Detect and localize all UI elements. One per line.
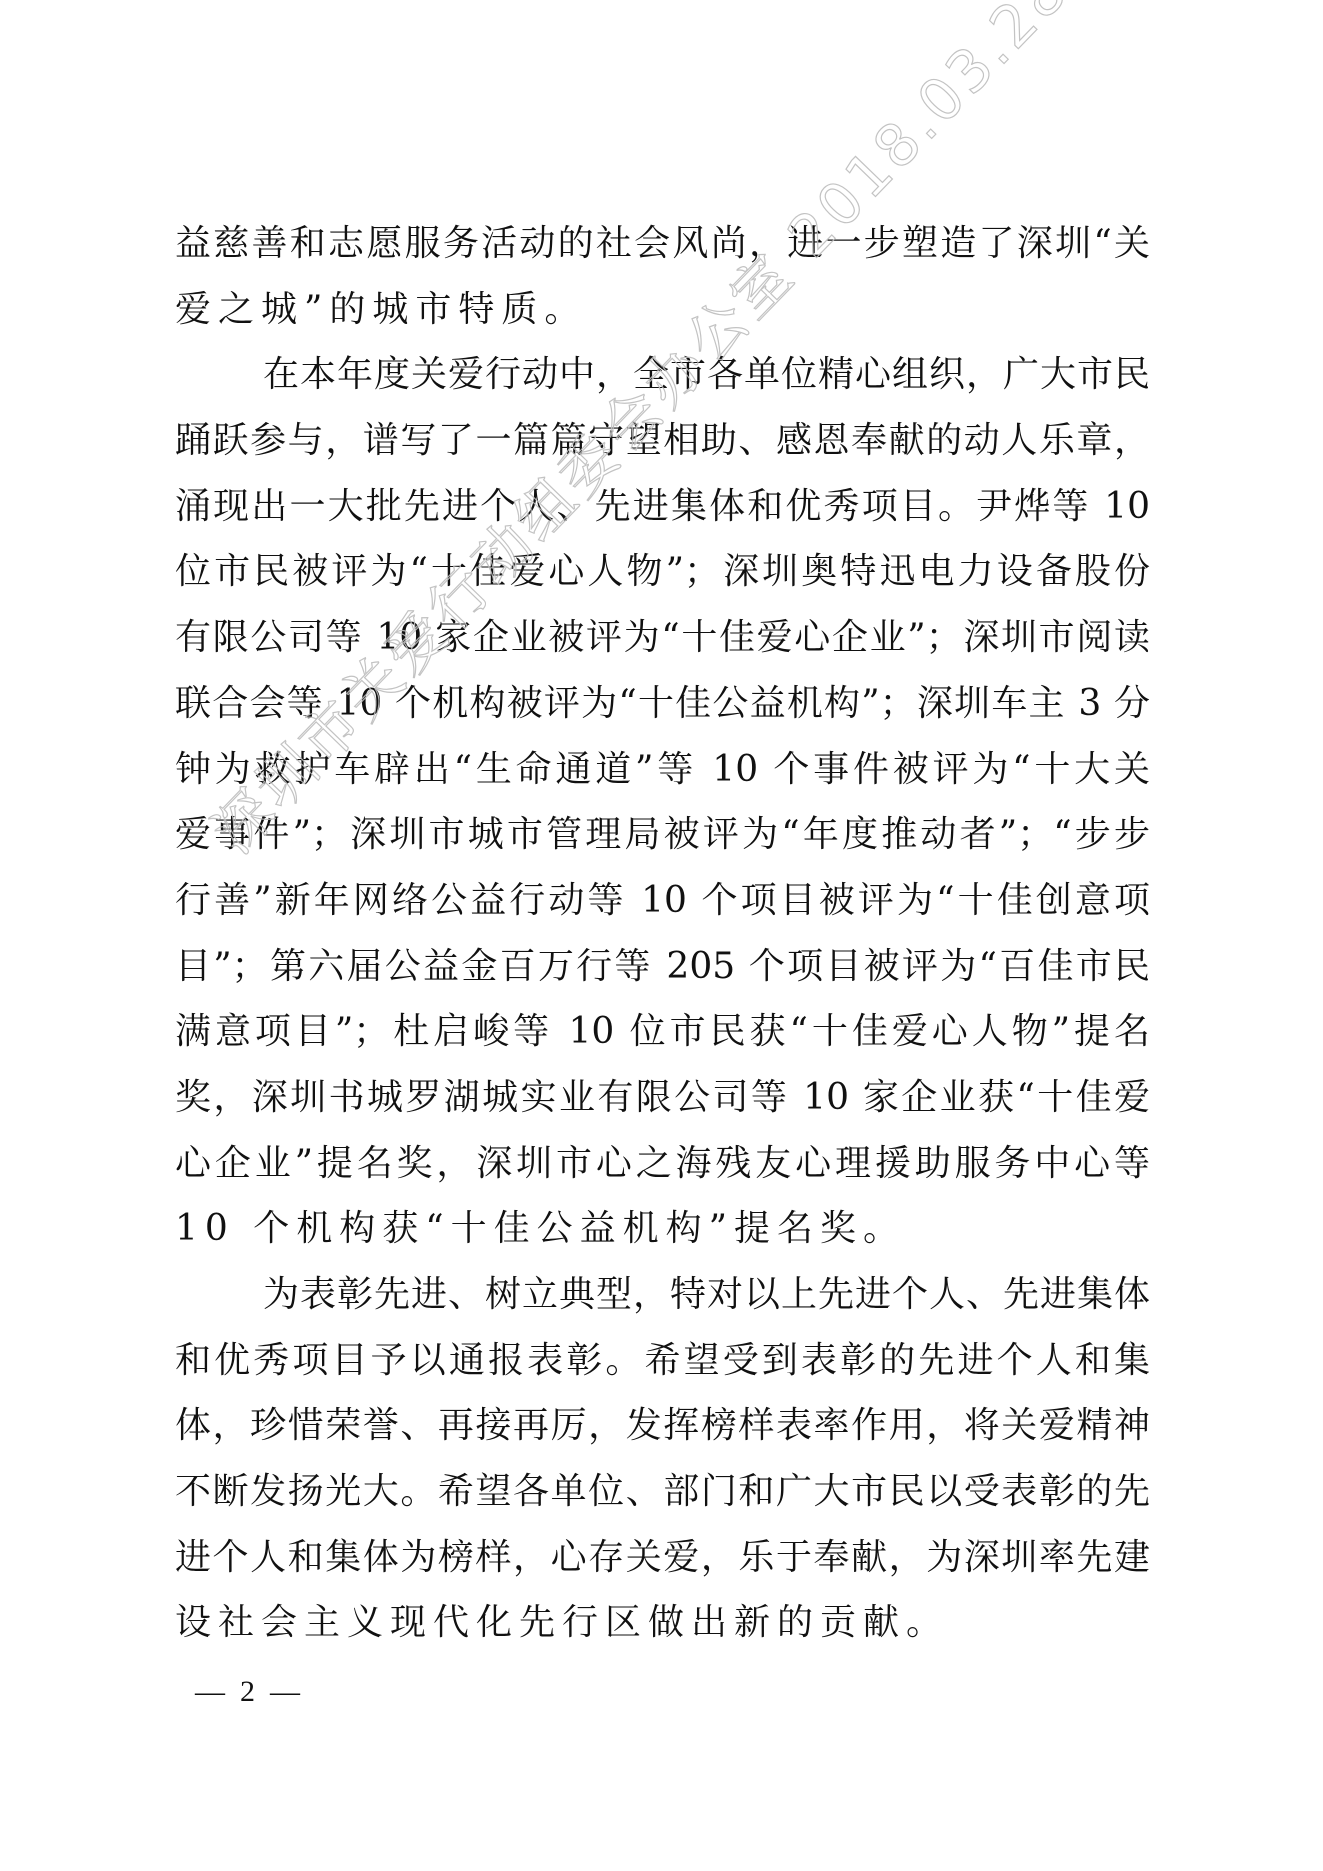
paragraph-start-line: 为表彰先进、树立典型，特对以上先进个人、先进集体 [175, 1262, 1150, 1328]
text-line: 联合会等 10 个机构被评为“十佳公益机构”；深圳车主 3 分 [175, 671, 1150, 737]
text-line: 进个人和集体为榜样，心存关爱，乐于奉献，为深圳率先建 [175, 1525, 1150, 1591]
text-line: 和优秀项目予以通报表彰。希望受到表彰的先进个人和集 [175, 1328, 1150, 1394]
text-line: 踊跃参与，谱写了一篇篇守望相助、感恩奉献的动人乐章， [175, 408, 1150, 474]
text-line: 有限公司等 10 家企业被评为“十佳爱心企业”；深圳市阅读 [175, 605, 1150, 671]
page-number: — 2 — [195, 1672, 300, 1712]
text-line: 设社会主义现代化先行区做出新的贡献。 [175, 1590, 1150, 1656]
text-line: 目”；第六届公益金百万行等 205 个项目被评为“百佳市民 [175, 934, 1150, 1000]
text-line: 行善”新年网络公益行动等 10 个项目被评为“十佳创意项 [175, 868, 1150, 934]
text-line: 奖，深圳书城罗湖城实业有限公司等 10 家企业获“十佳爱 [175, 1065, 1150, 1131]
document-page: 益慈善和志愿服务活动的社会风尚，进一步塑造了深圳“关 爱之城”的城市特质。 在本… [0, 0, 1323, 1871]
text-line: 位市民被评为“十佳爱心人物”；深圳奥特迅电力设备股份 [175, 539, 1150, 605]
text-line: 10 个机构获“十佳公益机构”提名奖。 [175, 1196, 1150, 1262]
text-line: 钟为救护车辟出“生命通道”等 10 个事件被评为“十大关 [175, 737, 1150, 803]
text-line: 益慈善和志愿服务活动的社会风尚，进一步塑造了深圳“关 [175, 211, 1150, 277]
body-text: 益慈善和志愿服务活动的社会风尚，进一步塑造了深圳“关 爱之城”的城市特质。 在本… [175, 211, 1150, 1656]
text-line: 体，珍惜荣誉、再接再厉，发挥榜样表率作用，将关爱精神 [175, 1393, 1150, 1459]
text-line: 满意项目”；杜启峻等 10 位市民获“十佳爱心人物”提名 [175, 999, 1150, 1065]
text-line: 心企业”提名奖，深圳市心之海残友心理援助服务中心等 [175, 1131, 1150, 1197]
text-line: 爱事件”；深圳市城市管理局被评为“年度推动者”；“步步 [175, 802, 1150, 868]
text-line: 涌现出一大批先进个人、先进集体和优秀项目。尹烨等 10 [175, 474, 1150, 540]
paragraph-start-line: 在本年度关爱行动中，全市各单位精心组织，广大市民 [175, 342, 1150, 408]
text-line: 不断发扬光大。希望各单位、部门和广大市民以受表彰的先 [175, 1459, 1150, 1525]
text-line: 爱之城”的城市特质。 [175, 277, 1150, 343]
